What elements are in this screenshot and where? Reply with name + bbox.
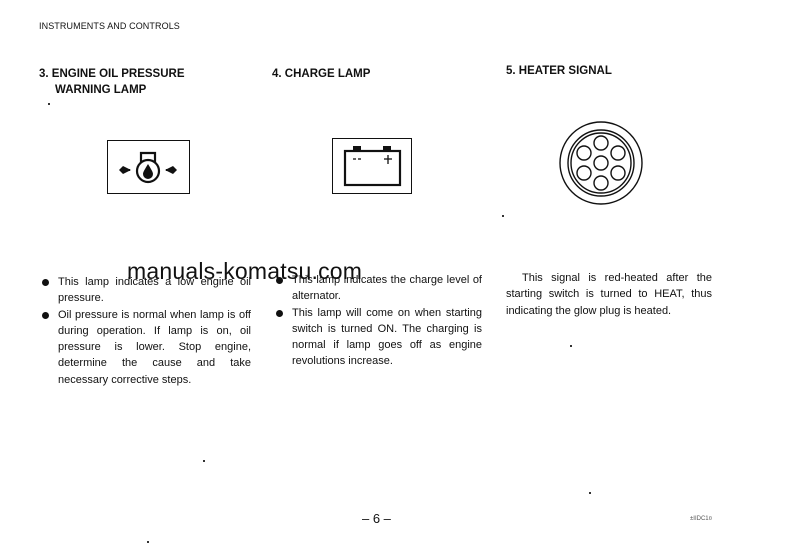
- scan-speck: [48, 103, 50, 105]
- watermark: manuals-komatsu.com: [127, 258, 362, 285]
- scan-speck: [570, 345, 572, 347]
- section-title-charge-lamp: 4. CHARGE LAMP: [272, 66, 370, 82]
- oil-pressure-description: This lamp indicates a low engine oil pre…: [40, 274, 251, 388]
- title-line-2: WARNING LAMP: [39, 82, 185, 98]
- bullet-item: This lamp will come on when starting swi…: [274, 305, 482, 370]
- heater-signal-lamp: [557, 119, 645, 212]
- scan-speck: [589, 492, 591, 494]
- scan-speck: [502, 215, 504, 217]
- battery-icon: [333, 139, 410, 192]
- paragraph: This signal is red-heated after the star…: [506, 270, 712, 319]
- heater-signal-icon: [557, 119, 645, 207]
- oil-pressure-lamp-box: [107, 140, 190, 194]
- heater-signal-description: This signal is red-heated after the star…: [506, 270, 712, 319]
- title-line-1: 3. ENGINE OIL PRESSURE: [39, 68, 185, 80]
- scan-speck: [203, 460, 205, 462]
- oil-pressure-icon: [108, 141, 188, 192]
- charge-lamp-description: This lamp indicates the charge level of …: [274, 272, 482, 370]
- scan-speck: [147, 541, 149, 543]
- charge-lamp-box: [332, 138, 412, 194]
- bullet-item: Oil pressure is normal when lamp is off …: [40, 307, 251, 388]
- document-code: ±IIDC1¤: [690, 516, 712, 522]
- page-number: – 6 –: [362, 511, 391, 526]
- section-title-oil-pressure: 3. ENGINE OIL PRESSURE WARNING LAMP: [39, 66, 185, 98]
- running-header: INSTRUMENTS AND CONTROLS: [39, 21, 180, 31]
- section-title-heater-signal: 5. HEATER SIGNAL: [506, 63, 612, 79]
